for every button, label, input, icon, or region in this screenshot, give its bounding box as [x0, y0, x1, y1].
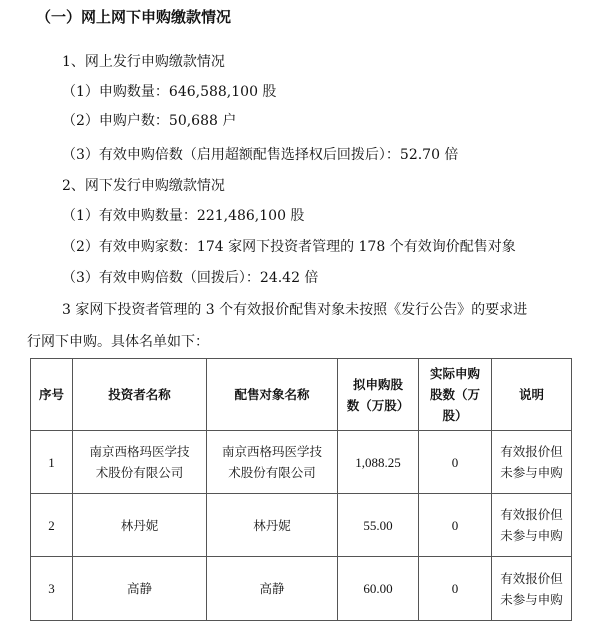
- header-planned: 拟申购股数（万股）: [338, 359, 419, 431]
- cell-investor: 南京西格玛医学技术股份有限公司: [73, 431, 207, 494]
- cell-investor: 高静: [73, 557, 207, 621]
- online-item-3: （3）有效申购倍数（启用超额配售选择权后回拨后）：52.70 倍: [62, 145, 458, 165]
- table-row: 2 林丹妮 林丹妮 55.00 0 有效报价但未参与申购: [31, 494, 572, 557]
- cell-actual: 0: [419, 494, 492, 557]
- cell-actual: 0: [419, 557, 492, 621]
- offline-item-2: （2）有效申购家数：174 家网下投资者管理的 178 个有效询价配售对象: [62, 237, 516, 257]
- header-investor: 投资者名称: [73, 359, 207, 431]
- offline-item-3: （3）有效申购倍数（回拨后）：24.42 倍: [62, 268, 318, 288]
- cell-note: 有效报价但未参与申购: [492, 431, 572, 494]
- cell-planned: 60.00: [338, 557, 419, 621]
- cell-no: 2: [31, 494, 73, 557]
- cell-no: 1: [31, 431, 73, 494]
- cell-note: 有效报价但未参与申购: [492, 557, 572, 621]
- paragraph-line-1: 3 家网下投资者管理的 3 个有效报价配售对象未按照《发行公告》的要求进: [62, 300, 527, 320]
- header-no: 序号: [31, 359, 73, 431]
- cell-allottee: 南京西格玛医学技术股份有限公司: [207, 431, 338, 494]
- cell-note: 有效报价但未参与申购: [492, 494, 572, 557]
- offline-item-1: （1）有效申购数量：221,486,100 股: [62, 206, 304, 226]
- offline-heading: 2、网下发行申购缴款情况: [62, 176, 225, 196]
- online-item-2: （2）申购户数：50,688 户: [62, 111, 236, 131]
- table-header-row: 序号 投资者名称 配售对象名称 拟申购股数（万股） 实际申购股数（万股） 说明: [31, 359, 572, 431]
- section-title: （一）网上网下申购缴款情况: [36, 7, 231, 27]
- cell-allottee: 高静: [207, 557, 338, 621]
- unsubscribed-allottees-table: 序号 投资者名称 配售对象名称 拟申购股数（万股） 实际申购股数（万股） 说明 …: [30, 358, 572, 621]
- cell-planned: 55.00: [338, 494, 419, 557]
- table-row: 3 高静 高静 60.00 0 有效报价但未参与申购: [31, 557, 572, 621]
- header-allottee: 配售对象名称: [207, 359, 338, 431]
- cell-investor: 林丹妮: [73, 494, 207, 557]
- cell-actual: 0: [419, 431, 492, 494]
- paragraph-line-2: 行网下申购。具体名单如下：: [27, 332, 209, 352]
- table-row: 1 南京西格玛医学技术股份有限公司 南京西格玛医学技术股份有限公司 1,088.…: [31, 431, 572, 494]
- online-item-1: （1）申购数量：646,588,100 股: [62, 82, 276, 102]
- cell-allottee: 林丹妮: [207, 494, 338, 557]
- header-note: 说明: [492, 359, 572, 431]
- header-actual: 实际申购股数（万股）: [419, 359, 492, 431]
- cell-planned: 1,088.25: [338, 431, 419, 494]
- cell-no: 3: [31, 557, 73, 621]
- online-heading: 1、网上发行申购缴款情况: [62, 52, 225, 72]
